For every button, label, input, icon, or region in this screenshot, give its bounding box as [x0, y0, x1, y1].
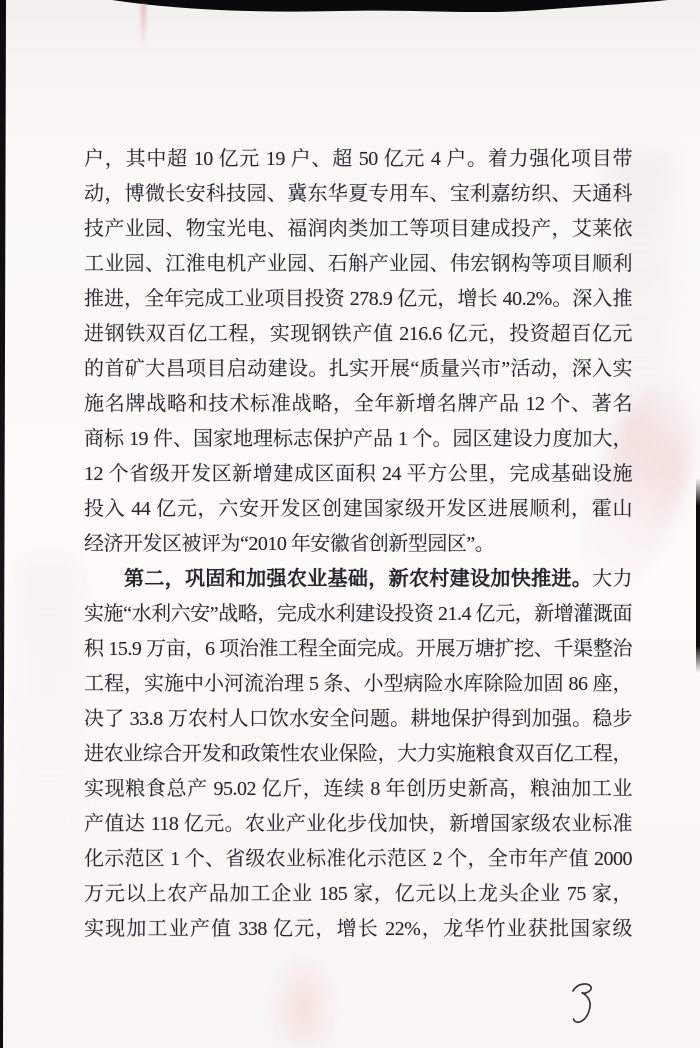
text-line: 实现加工业产值 338 亿元，增长 22%，龙华竹业获批国家级 [84, 912, 632, 947]
text-line: 的首矿大昌项目启动建设。扎实开展“质量兴市”活动，深入实 [84, 352, 632, 387]
text-line: 积 15.9 万亩，6 项治淮工程全面完成。开展万塘扩挖、千渠整治 [84, 632, 632, 667]
text-line: 工业园、江淮电机产业园、石斛产业园、伟宏钢构等项目顺利 [84, 247, 632, 282]
text-line: 施名牌战略和技术标准战略，全年新增名牌产品 12 个、著名 [84, 387, 632, 422]
text-line: 商标 19 件、国家地理标志保护产品 1 个。园区建设力度加大， [84, 422, 632, 457]
photo-top-edge [0, 0, 700, 18]
paragraph-heading-line: 第二，巩固和加强农业基础，新农村建设加快推进。大力 [84, 562, 632, 597]
text-line: 户，其中超 10 亿元 19 户、超 50 亿元 4 户。着力强化项目带 [84, 142, 632, 177]
text-line: 推进，全年完成工业项目投资 278.9 亿元，增长 40.2%。深入推 [84, 282, 632, 317]
text-line: 工程，实施中小河流治理 5 条、小型病险水库除险加固 86 座，解 [84, 667, 632, 702]
text-line: 万元以上农产品加工企业 185 家，亿元以上龙头企业 75 家， [84, 877, 632, 912]
scanned-document-page: 户，其中超 10 亿元 19 户、超 50 亿元 4 户。着力强化项目带 动，博… [0, 0, 700, 1048]
paper-crease-top [141, 4, 146, 50]
paragraph2-heading: 第二，巩固和加强农业基础，新农村建设加快推进。 [124, 568, 592, 590]
paragraph2-lead-rest: 大力 [592, 568, 632, 590]
text-line: 技产业园、物宝光电、福润肉类加工等项目建成投产，艾莱依 [84, 212, 632, 247]
text-line: 进农业综合开发和政策性农业保险，大力实施粮食双百亿工程， [84, 737, 632, 772]
text-line: 产值达 118 亿元。农业产业化步伐加快，新增国家级农业标准 [84, 807, 632, 842]
text-line: 投入 44 亿元，六安开发区创建国家级开发区进展顺利，霍山 [84, 492, 632, 527]
paper-crease-bottom [266, 948, 340, 1048]
handwritten-3-glyph [568, 980, 602, 1032]
photo-left-edge [0, 0, 6, 1048]
text-line: 进钢铁双百亿工程，实现钢铁产值 216.6 亿元，投资超百亿元 [84, 317, 632, 352]
text-line: 12 个省级开发区新增建成区面积 24 平方公里，完成基础设施 [84, 457, 632, 492]
text-line: 实现粮食总产 95.02 亿斤，连续 8 年创历史新高，粮油加工业 [84, 772, 632, 807]
text-line: 经济开发区被评为“2010 年安徽省创新型园区”。 [84, 527, 632, 562]
text-line: 实施“水利六安”战略，完成水利建设投资 21.4 亿元，新增灌溉面 [84, 597, 632, 632]
paper-shading-left [20, 560, 80, 860]
handwritten-page-number [568, 980, 602, 1032]
text-line: 动，博微长安科技园、冀东华夏专用车、宝利嘉纺织、天通科 [84, 177, 632, 212]
text-line: 决了 33.8 万农村人口饮水安全问题。耕地保护得到加强。稳步推 [84, 702, 632, 737]
text-line: 化示范区 1 个、省级农业标准化示范区 2 个，全市年产值 2000 [84, 842, 632, 877]
photo-right-edge [696, 478, 700, 673]
text-block: 户，其中超 10 亿元 19 户、超 50 亿元 4 户。着力强化项目带 动，博… [84, 142, 632, 947]
